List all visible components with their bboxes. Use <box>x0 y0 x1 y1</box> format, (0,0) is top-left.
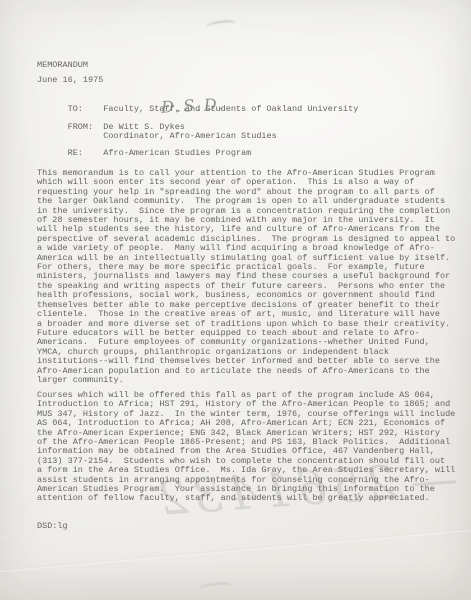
re-row: RE:Afro-American Studies Program <box>37 140 251 168</box>
memo-heading: MEMORANDUM <box>37 61 88 70</box>
memo-paragraph-1: This memorandum is to call your attentio… <box>37 169 455 385</box>
handwritten-initials: D.S.D. <box>161 99 227 112</box>
re-label: RE: <box>68 149 104 158</box>
memo-sheet: MEMORANDUM June 16, 1975 TO:Faculty, Sta… <box>0 0 471 600</box>
memo-paragraph-2: Courses which will be offered this fall … <box>37 391 455 504</box>
typist-reference-initials: DSD:lg <box>37 522 68 531</box>
re-value: Afro-American Studies Program <box>103 148 251 158</box>
memo-date: June 16, 1975 <box>37 76 103 85</box>
scanned-memo-page: MEMORANDUM June 16, 1975 TO:Faculty, Sta… <box>0 0 471 600</box>
